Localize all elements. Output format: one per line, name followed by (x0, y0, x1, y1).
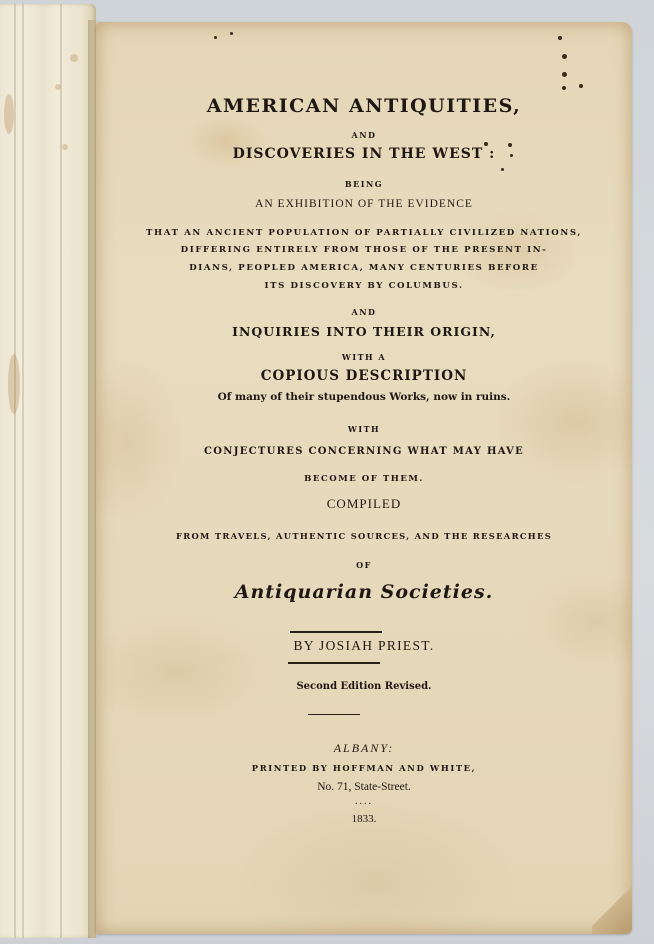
author-line: BY JOSIAH PRIEST. (96, 638, 632, 654)
ink-spot (558, 36, 562, 40)
book-photo: AMERICAN ANTIQUITIES, AND DISCOVERIES IN… (0, 0, 654, 944)
ink-spot (230, 32, 233, 35)
page-fold (14, 4, 16, 938)
year-line: 1833. (96, 813, 632, 825)
left-page-stack (0, 4, 96, 938)
ink-spot (562, 72, 567, 77)
printer-line: PRINTED BY HOFFMAN AND WHITE, (96, 763, 632, 773)
societies-line: Antiquarian Societies. (96, 581, 632, 603)
foxing-stain (4, 94, 14, 134)
ink-spot (562, 86, 566, 90)
place-line: ALBANY: (96, 741, 632, 756)
edition-line: Second Edition Revised. (96, 681, 632, 692)
inquiries-line: INQUIRIES INTO THEIR ORIGIN, (96, 324, 632, 339)
being-label: BEING (96, 179, 632, 189)
title-page: AMERICAN ANTIQUITIES, AND DISCOVERIES IN… (96, 22, 632, 934)
works-line: Of many of their stupendous Works, now i… (96, 391, 632, 403)
title-line-2: DISCOVERIES IN THE WEST : (96, 146, 632, 162)
foxing-stain (8, 354, 20, 414)
divider-rule (308, 714, 360, 715)
ink-spot (562, 54, 567, 59)
foxing-stain (55, 84, 61, 90)
evidence-line: THAT AN ANCIENT POPULATION OF PARTIALLY … (96, 228, 632, 238)
with-a-label: WITH A (96, 352, 632, 362)
exhibition-line: AN EXHIBITION OF THE EVIDENCE (96, 198, 632, 210)
divider-rule (288, 662, 380, 664)
with-label: WITH (96, 424, 632, 434)
ink-spot (214, 36, 217, 39)
ink-spot (501, 168, 504, 171)
ornament-dots: .... (96, 796, 632, 807)
address-line: No. 71, State-Street. (96, 781, 632, 793)
copious-description-line: COPIOUS DESCRIPTION (96, 368, 632, 384)
from-travels-line: FROM TRAVELS, AUTHENTIC SOURCES, AND THE… (96, 531, 632, 541)
title-line-1: AMERICAN ANTIQUITIES, (96, 95, 632, 117)
of-label: OF (96, 560, 632, 570)
conjunction-and: AND (96, 307, 632, 317)
compiled-line: COMPILED (96, 496, 632, 512)
foxing-stain (70, 54, 78, 62)
become-line: BECOME OF THEM. (96, 474, 632, 484)
dog-ear-corner (592, 886, 632, 934)
ink-spot (579, 84, 583, 88)
evidence-line: DIFFERING ENTIRELY FROM THOSE OF THE PRE… (96, 245, 632, 255)
conjunction-and: AND (96, 130, 632, 140)
evidence-line: DIANS, PEOPLED AMERICA, MANY CENTURIES B… (96, 263, 632, 273)
foxing-stain (62, 144, 68, 150)
conjectures-line: CONJECTURES CONCERNING WHAT MAY HAVE (96, 446, 632, 457)
evidence-line: ITS DISCOVERY BY COLUMBUS. (96, 281, 632, 291)
divider-rule (290, 631, 382, 633)
page-fold (22, 4, 24, 938)
